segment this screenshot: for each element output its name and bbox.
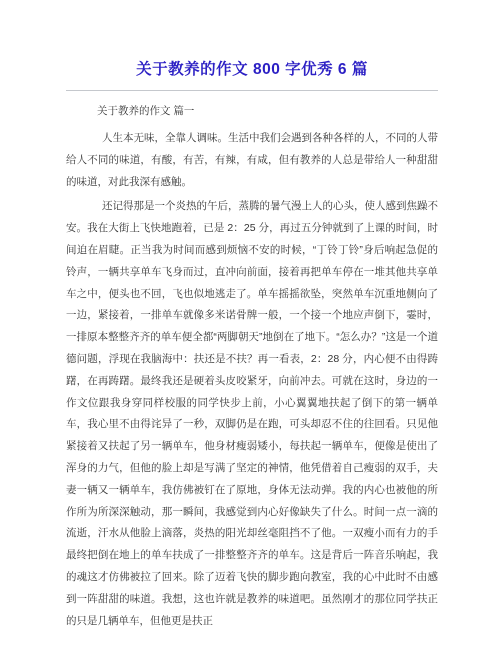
title-divider [66, 90, 438, 91]
document-title: 关于教养的作文 800 字优秀 6 篇 [66, 58, 438, 82]
essay-paragraph-1: 人生本无味，全靠人调味。生活中我们会遇到各种各样的人，不同的人带给人不同的味道，… [66, 128, 438, 193]
document-content: 关于教养的作文 800 字优秀 6 篇 关于教养的作文 篇一 人生本无味，全靠人… [0, 58, 500, 632]
essay-paragraph-2: 还记得那是一个炎热的午后，蒸腾的暑气漫上人的心头，使人感到焦躁不安。我在大街上飞… [66, 196, 438, 632]
document-page: 关于教养的作文 800 字优秀 6 篇 关于教养的作文 篇一 人生本无味，全靠人… [0, 0, 500, 647]
section-heading: 关于教养的作文 篇一 [66, 100, 438, 122]
